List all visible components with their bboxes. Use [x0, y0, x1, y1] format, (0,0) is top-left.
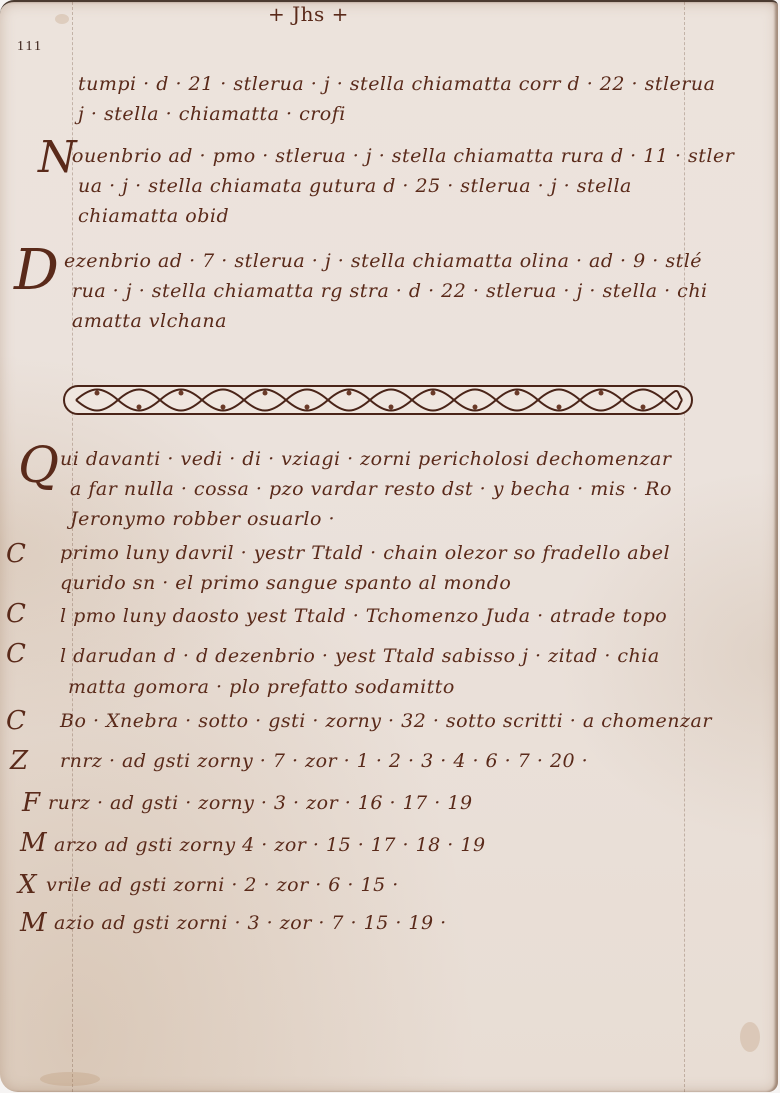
- month-entry: rnrz · ad gsti zorny · 7 · zor · 1 · 2 ·…: [60, 750, 588, 772]
- text-line: qurido sn · el primo sangue spanto al mo…: [60, 572, 511, 594]
- month-entry: rurz · ad gsti · zorny · 3 · zor · 16 · …: [48, 792, 473, 814]
- month-entry: vrile ad gsti zorni · 2 · zor · 6 · 15 ·: [46, 874, 399, 896]
- text-line: ezenbrio ad · 7 · stlerua · j · stella c…: [64, 250, 702, 272]
- month-initial: X: [18, 870, 37, 900]
- text-line: Jeronymo robber osuarlo ·: [70, 508, 335, 530]
- paragraph-marker: C: [6, 599, 26, 629]
- text-line: j · stella · chiamatta · crofi: [78, 103, 346, 125]
- stain: [55, 14, 69, 24]
- month-initial: Z: [10, 746, 28, 776]
- initial-letter-q: Q: [18, 436, 59, 494]
- month-entry: arzo ad gsti zorny 4 · zor · 15 · 17 · 1…: [54, 834, 486, 856]
- text-line: tumpi · d · 21 · stlerua · j · stella ch…: [78, 73, 715, 95]
- initial-letter-november: N: [38, 132, 77, 183]
- text-line: matta gomora · plo prefatto sodamitto: [68, 676, 455, 698]
- text-line: l darudan d · d dezenbrio · yest Ttald s…: [60, 645, 660, 667]
- month-entry: azio ad gsti zorni · 3 · zor · 7 · 15 · …: [54, 912, 447, 934]
- text-line: ui davanti · vedi · di · vziagi · zorni …: [60, 448, 671, 470]
- ornamental-braid-divider: [62, 382, 694, 418]
- text-line: a far nulla · cossa · pzo vardar resto d…: [70, 478, 672, 500]
- folio-number: 111: [17, 39, 43, 55]
- paragraph-marker: C: [6, 539, 26, 569]
- text-line: Bo · Xnebra · sotto · gsti · zorny · 32 …: [60, 710, 712, 732]
- text-line: rua · j · stella chiamatta rg stra · d ·…: [72, 280, 708, 302]
- text-line: ouenbrio ad · pmo · stlerua · j · stella…: [72, 145, 734, 167]
- month-initial: M: [20, 828, 47, 858]
- text-line: ua · j · stella chiamata gutura d · 25 ·…: [78, 175, 632, 197]
- initial-letter-december: D: [14, 238, 59, 303]
- manuscript-page: + Jhs + 111 tumpi · d · 21 · stlerua · j…: [0, 0, 778, 1092]
- month-initial: F: [22, 788, 40, 818]
- text-line: amatta vlchana: [72, 310, 227, 332]
- stain: [740, 1022, 760, 1052]
- month-initial: M: [20, 908, 47, 938]
- paragraph-marker: C: [6, 639, 26, 669]
- text-line: chiamatta obid: [78, 205, 229, 227]
- text-line: primo luny davril · yestr Ttald · chain …: [60, 542, 670, 564]
- stain: [40, 1072, 100, 1086]
- page-header-invocation: + Jhs +: [268, 2, 349, 26]
- paragraph-marker: C: [6, 706, 26, 736]
- text-line: l pmo luny daosto yest Ttald · Tchomenzo…: [60, 605, 667, 627]
